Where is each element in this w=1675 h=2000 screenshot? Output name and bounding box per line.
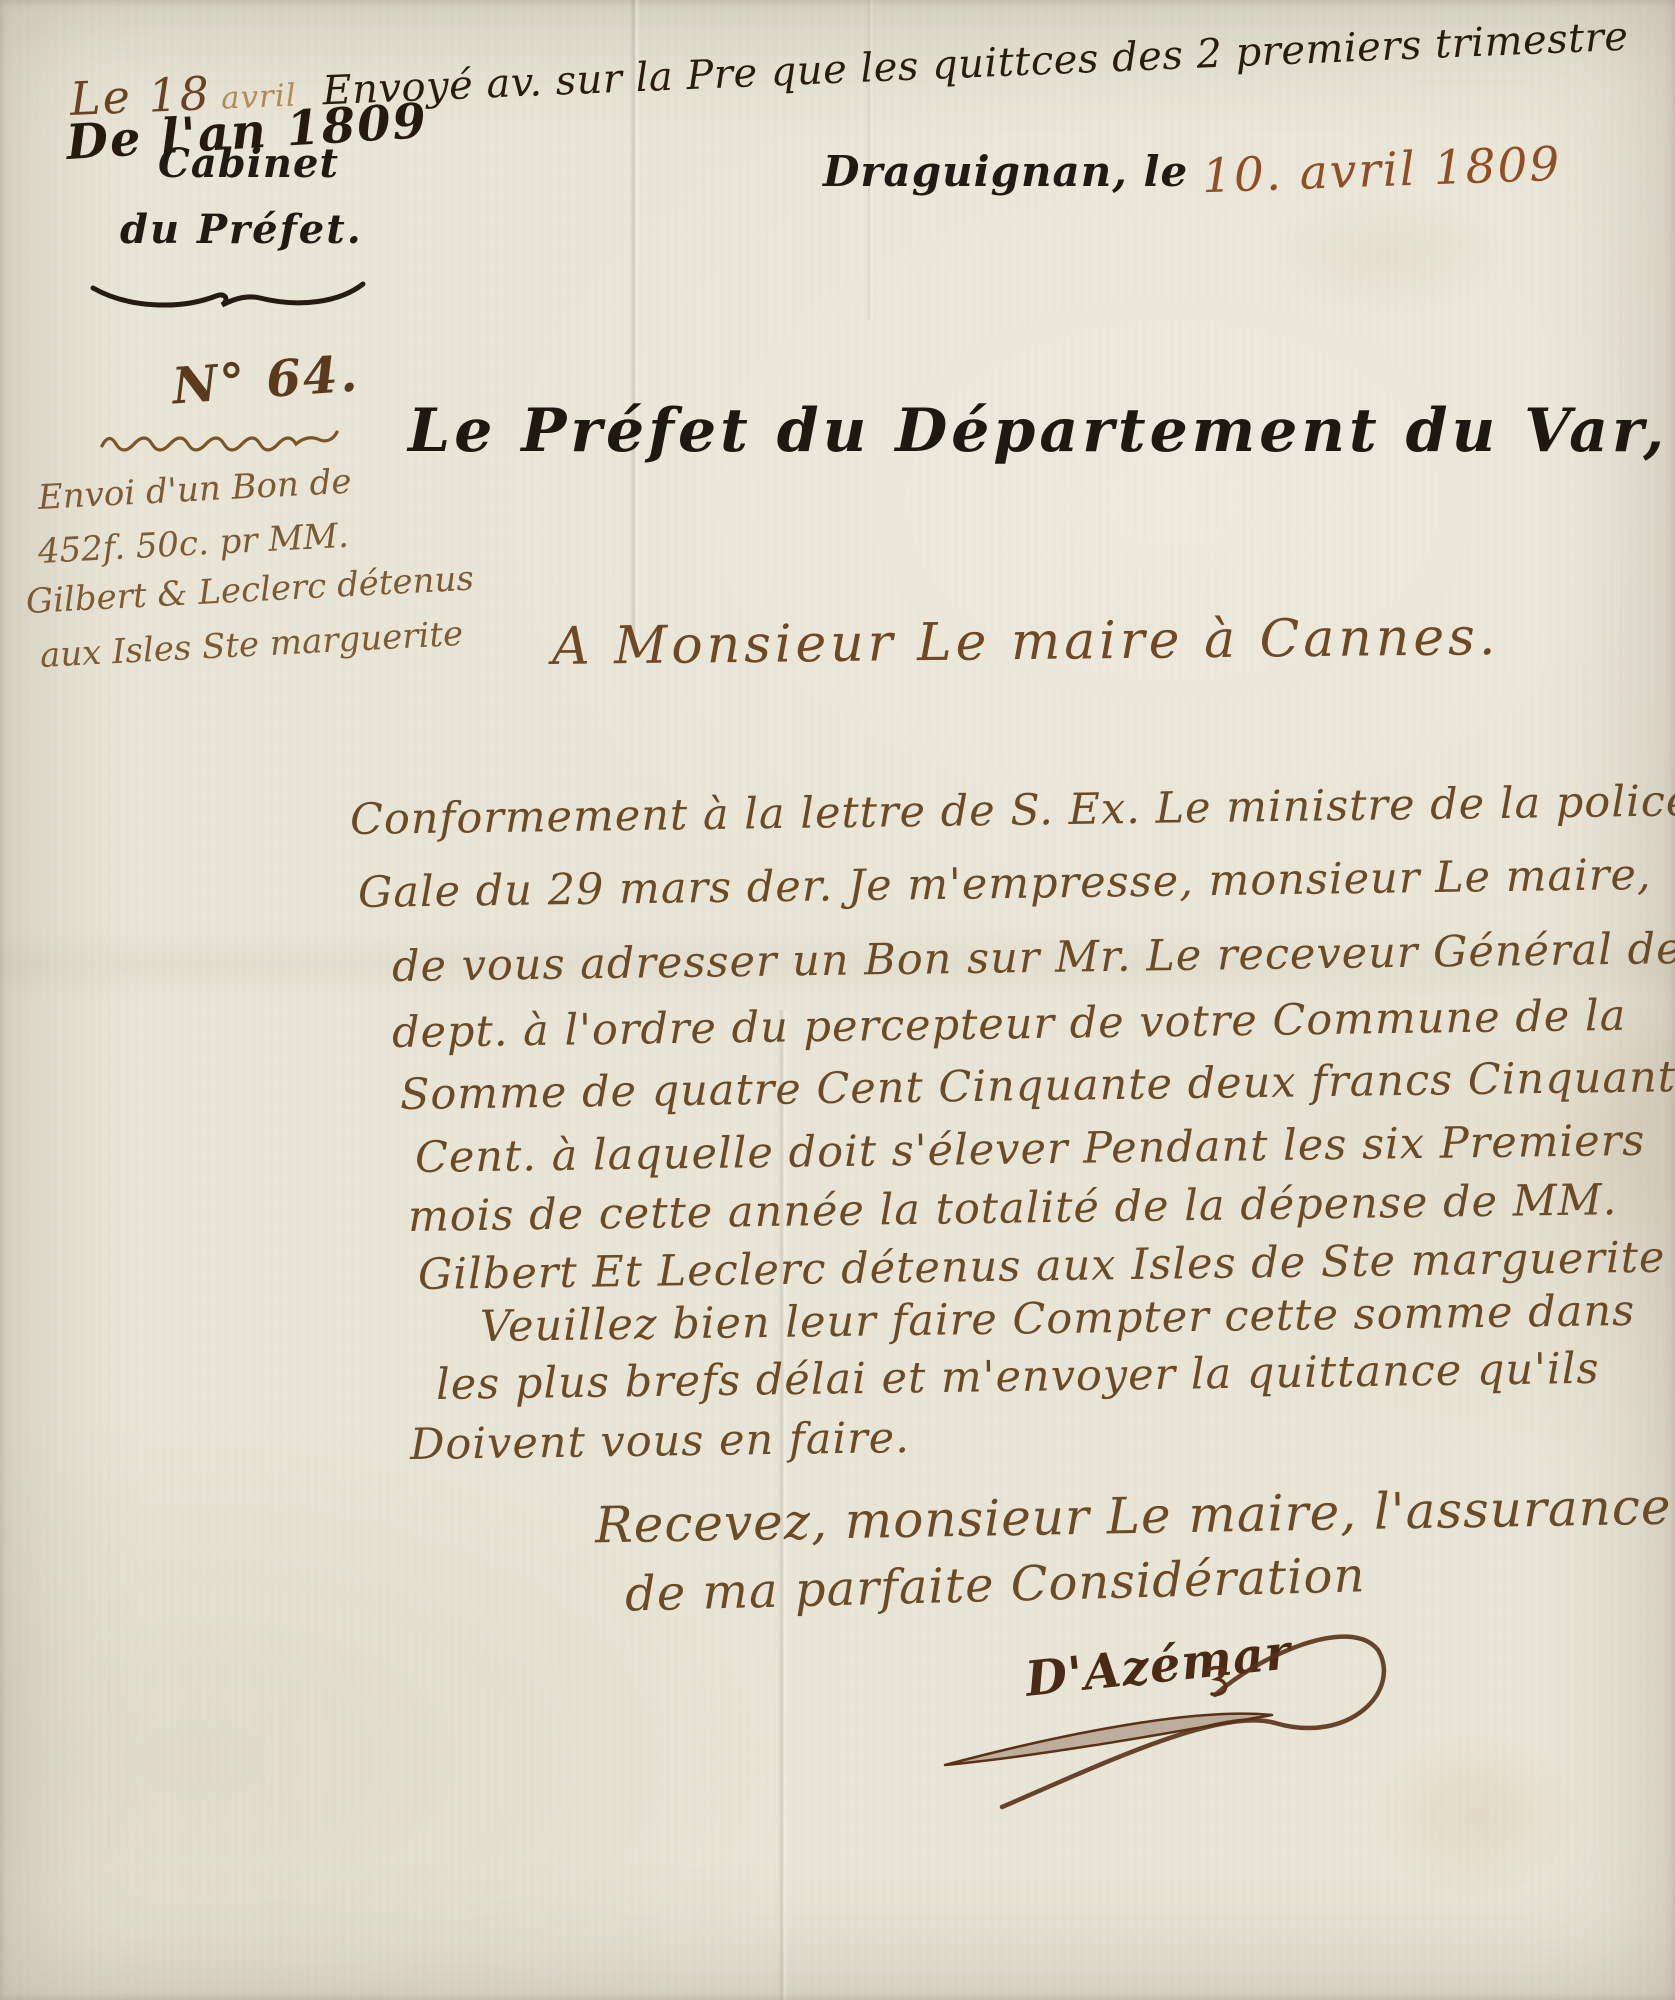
document-number: N° 64. xyxy=(170,344,361,416)
salutation: A Monsieur Le maire à Cannes. xyxy=(552,607,1500,677)
signature-paraph-flourish xyxy=(920,1595,1440,1825)
body-line: de vous adresser un Bon sur Mr. Le recev… xyxy=(392,923,1675,992)
body-line: Somme de quatre Cent Cinquante deux fran… xyxy=(400,1052,1675,1120)
letterhead-flourish xyxy=(88,276,368,316)
document-number-flourish xyxy=(98,424,343,460)
margin-note-line: Envoi d'un Bon de xyxy=(37,462,353,518)
body-line: Gale du 29 mars der. Je m'empresse, mons… xyxy=(358,850,1652,918)
dateline: Draguignan, le 10. avril 1809 xyxy=(823,143,1562,198)
body-line: Conformement à la lettre de S. Ex. Le mi… xyxy=(350,776,1675,845)
annotation-text: Envoyé av. sur la Pre que les quittces d… xyxy=(322,14,1630,115)
body-line: dept. à l'ordre du percepteur de votre C… xyxy=(392,991,1627,1058)
body-line: Cent. à laquelle doit s'élever Pendant l… xyxy=(415,1116,1646,1183)
letterhead-cabinet: Cabinet xyxy=(158,140,339,187)
closing-line-1: Recevez, monsieur Le maire, l'assurance xyxy=(595,1478,1672,1555)
dateline-place-printed: Draguignan, le xyxy=(823,147,1188,196)
letterhead-du-prefet: du Préfet. xyxy=(120,206,363,253)
body-line: Doivent vous en faire. xyxy=(410,1413,911,1470)
body-line: mois de cette année la totalité de la dé… xyxy=(408,1175,1618,1242)
letter-title: Le Préfet du Département du Var, xyxy=(408,396,1668,466)
dateline-date-handwritten: 10. avril 1809 xyxy=(1201,137,1562,205)
letter-page: Le 18avrilEnvoyé av. sur la Pre que les … xyxy=(0,0,1675,2000)
paper-stain xyxy=(1260,190,1510,320)
margin-note-line: 452f. 50c. pr MM. xyxy=(37,516,350,572)
body-line: les plus brefs délai et m'envoyer la qui… xyxy=(436,1344,1600,1410)
margin-note-line: aux Isles Ste marguerite xyxy=(39,614,464,676)
